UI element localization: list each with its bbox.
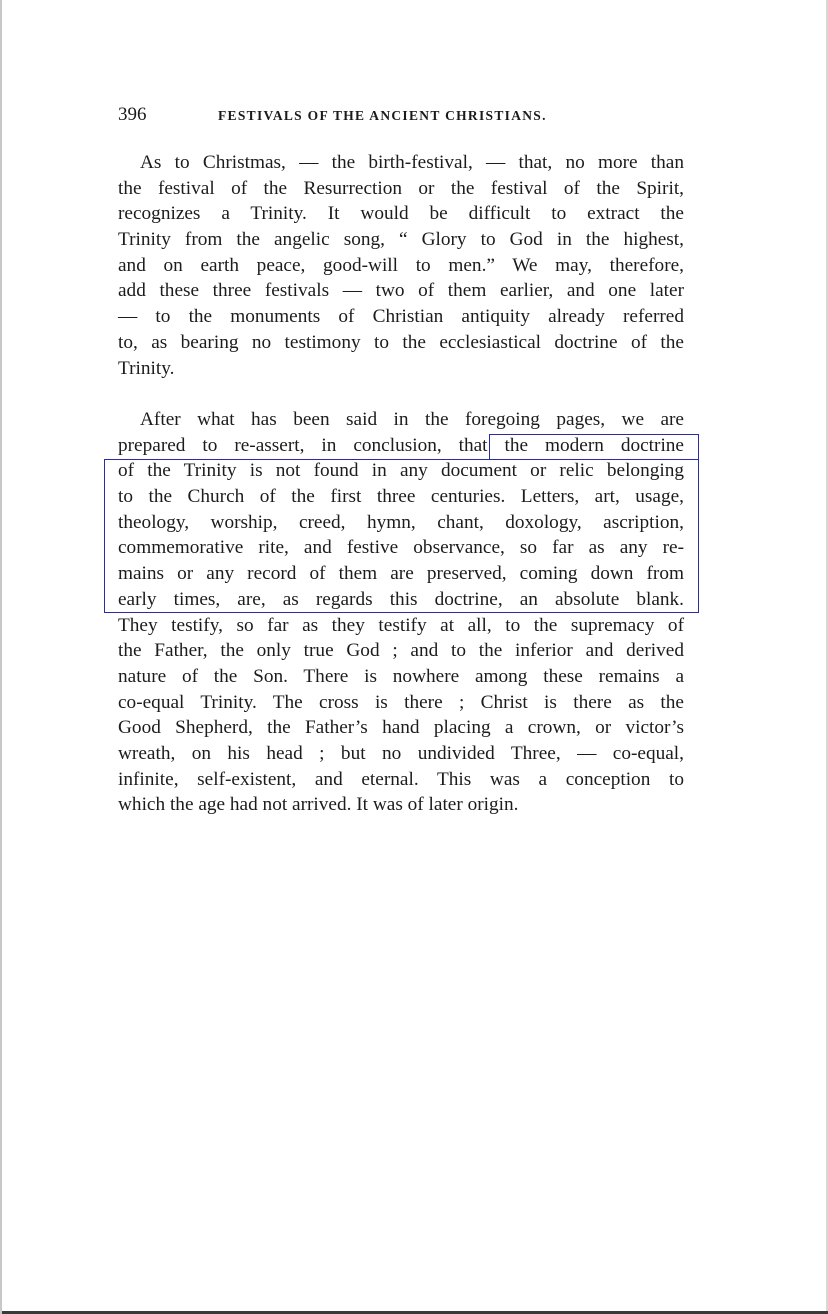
- text-line: and on earth peace, good-will to men.” W…: [118, 253, 684, 279]
- text-line: Trinity.: [118, 356, 684, 382]
- text-line: infinite, self-existent, and eternal. Th…: [118, 767, 684, 793]
- text-line: Good Shepherd, the Father’s hand placing…: [118, 715, 684, 741]
- text-line: nature of the Son. There is nowhere amon…: [118, 664, 684, 690]
- text-line: prepared to re-assert, in conclusion, th…: [118, 433, 684, 459]
- book-page: 396 FESTIVALS OF THE ANCIENT CHRISTIANS.…: [0, 0, 828, 1314]
- text-line: commemorative rite, and festive observan…: [118, 535, 684, 561]
- text-line: mains or any record of them are preserve…: [118, 561, 684, 587]
- text-line: which the age had not arrived. It was of…: [118, 792, 684, 818]
- text-line: to the Church of the first three centuri…: [118, 484, 684, 510]
- text-line: Trinity from the angelic song, “ Glory t…: [118, 227, 684, 253]
- text-line: recognizes a Trinity. It would be diffic…: [118, 201, 684, 227]
- paragraph-christmas: As to Christmas, — the birth-festival, —…: [118, 150, 684, 381]
- paragraph-conclusion: After what has been said in the foregoin…: [118, 407, 684, 818]
- text-line: early times, are, as regards this doctri…: [118, 587, 684, 613]
- text-line: co-equal Trinity. The cross is there ; C…: [118, 690, 684, 716]
- text-line: of the Trinity is not found in any docum…: [118, 458, 684, 484]
- running-title: FESTIVALS OF THE ANCIENT CHRISTIANS.: [218, 108, 547, 124]
- text-line: They testify, so far as they testify at …: [118, 613, 684, 639]
- text-line: to, as bearing no testimony to the eccle…: [118, 330, 684, 356]
- text-line: the festival of the Resurrection or the …: [118, 176, 684, 202]
- text-line: the Father, the only true God ; and to t…: [118, 638, 684, 664]
- text-line: theology, worship, creed, hymn, chant, d…: [118, 510, 684, 536]
- page-header: 396 FESTIVALS OF THE ANCIENT CHRISTIANS.: [118, 104, 698, 128]
- text-line: add these three festivals — two of them …: [118, 278, 684, 304]
- text-line: wreath, on his head ; but no undivided T…: [118, 741, 684, 767]
- text-line: As to Christmas, — the birth-festival, —…: [118, 150, 684, 176]
- text-line: — to the monuments of Christian antiquit…: [118, 304, 684, 330]
- page-number: 396: [118, 104, 147, 126]
- text-line: After what has been said in the foregoin…: [118, 407, 684, 433]
